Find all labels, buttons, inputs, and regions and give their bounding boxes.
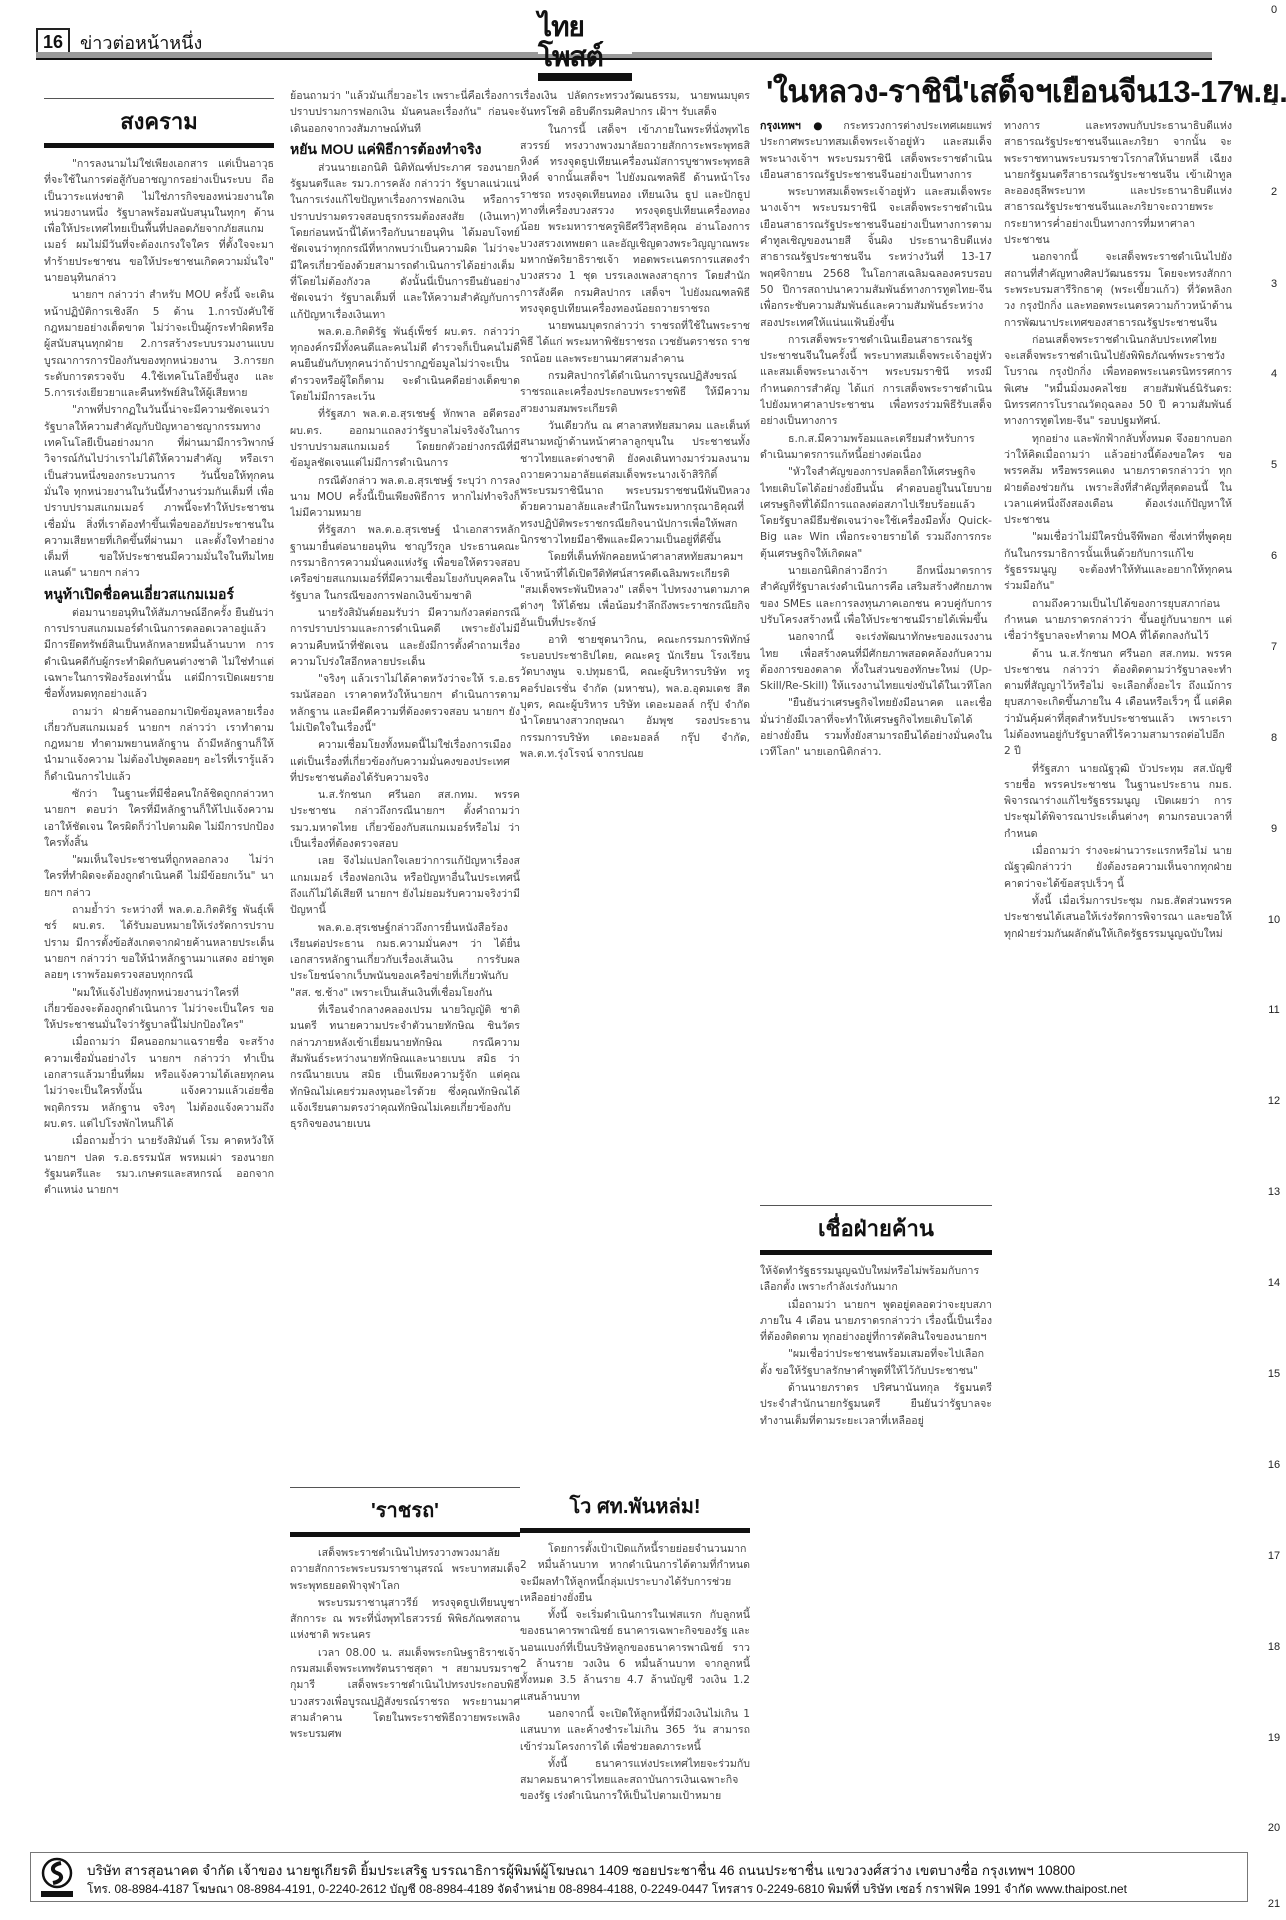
paragraph: เลย จึงไม่แปลกใจเลยว่าการแก้ปัญหาเรื่องส… — [290, 853, 520, 918]
paragraph: ความเชื่อมโยงทั้งหมดนี้ไม่ใช่เรื่องการเม… — [290, 737, 520, 786]
paragraph: "หัวใจสำคัญของการปลดล็อกให้เศรษฐกิจไทยเต… — [760, 464, 992, 562]
box-title-war: สงคราม — [44, 107, 274, 137]
paragraph: นายพนมบุตรกล่าวว่า ราชรถที่ใช้ในพระราชพิ… — [520, 318, 750, 367]
paragraph: นายเอกนิติกล่าวอีกว่า อีกหนึ่งมาตรการสำค… — [760, 563, 992, 628]
paragraph: ซักว่า ในฐานะที่มีชื่อคนใกล้ชิดถูกกล่าวห… — [44, 786, 274, 851]
paragraph: ด้าน น.ส.รักชนก ศรีนอก สส.กทม. พรรคประชา… — [1004, 646, 1232, 760]
paragraph: เสด็จพระราชดำเนินไปทรงวางพวงมาลัยถวายสัก… — [290, 1545, 520, 1594]
paragraph: ให้จัดทำรัฐธรรมนูญฉบับใหม่หรือไม่พร้อมกั… — [760, 1263, 992, 1296]
ruler-number: 0 — [1262, 4, 1286, 16]
ruler-number: 18 — [1262, 1641, 1286, 1653]
paragraph: โดยการตั้งเป้าเปิดแก้หนี้รายย่อยจำนวนมาก… — [520, 1541, 750, 1606]
rule-thick — [290, 1532, 520, 1537]
ruler-number: 7 — [1262, 641, 1286, 653]
paragraph: ธ.ก.ส.มีความพร้อมและเตรียมสำหรับการดำเนิ… — [760, 431, 992, 464]
paragraph: ที่เรือนจำกลางคลองเปรม นายวิญญัติ ชาติมน… — [290, 1002, 520, 1132]
publisher-logo-icon — [39, 1857, 75, 1899]
paragraph: "ภาพที่ปรากฏในวันนี้น่าจะมีความชัดเจนว่า… — [44, 402, 274, 581]
paragraph: ก่อนเสด็จพระราชดำเนินกลับประเทศไทย จะเสด… — [1004, 332, 1232, 430]
rule — [44, 98, 274, 99]
paragraph: กรมศิลปากรได้ดำเนินการบูรณปฏิสังขรณ์ราชร… — [520, 368, 750, 417]
ruler-number: 10 — [1262, 914, 1286, 926]
rule — [760, 1205, 992, 1206]
ruler-number: 16 — [1262, 1459, 1286, 1471]
ruler-number: 17 — [1262, 1550, 1286, 1562]
ruler-number: 8 — [1262, 732, 1286, 744]
paragraph: โดยที่เต็นท์พักคอยหน้าศาลาสหทัยสมาคมฯ เจ… — [520, 549, 750, 630]
paragraph: ที่รัฐสภา นายณัฐวุฒิ บัวประทุม สส.บัญชีร… — [1004, 761, 1232, 842]
contact-info: โทร. 08-8984-4187 โฆษณา 08-8984-4191, 0-… — [87, 1880, 1127, 1899]
paragraph: เมื่อถามว่า นายกฯ พูดอยู่ตลอดว่าจะยุบสภา… — [760, 1297, 992, 1346]
paragraph: ทางการ และทรงพบกับประธานาธิบดีแห่งสาธารณ… — [1004, 118, 1232, 248]
paragraph: "ผมเห็นใจประชาชนที่ถูกหลอกลวง ไม่ว่าใครท… — [44, 852, 274, 901]
subheading: หนูท้าเปิดชื่อคนเอี่ยวสแกมเมอร์ — [44, 584, 274, 604]
paragraph: เมื่อถามว่า ร่างจะผ่านวาระแรกหรือไม่ นาย… — [1004, 843, 1232, 892]
paragraph: อาทิ ชายชุดนาวิกน, คณะกรรมการพิทักษ์ระบอ… — [520, 632, 750, 762]
ruler-number: 12 — [1262, 1095, 1286, 1107]
column-3: เรื่องเงิน ปลัดกระทรวงวัฒนธรรม, นายพนมบุ… — [520, 88, 750, 1480]
ruler-number: 13 — [1262, 1186, 1286, 1198]
paragraph: "ผมให้แจ้งไปยังทุกหน่วยงานว่าใครที่เกี่ย… — [44, 985, 274, 1034]
thaipost-logo: ไทยโพสต์ — [538, 12, 632, 54]
ruler-number: 3 — [1262, 278, 1286, 290]
paragraph: พระบรมราชานุสาวรีย์ ทรงจุดธูปเทียนบูชาสั… — [290, 1595, 520, 1644]
ruler-number: 2 — [1262, 186, 1286, 198]
paragraph: นอกจากนี้ จะเร่งพัฒนาทักษะของแรงงานไทย เ… — [760, 629, 992, 694]
rule-thick — [44, 143, 274, 148]
rule-thick — [520, 1528, 750, 1533]
paragraph: ต่อมานายอนุทินให้สัมภาษณ์อีกครั้ง ยืนยัน… — [44, 605, 274, 703]
logo-underbar — [538, 73, 632, 81]
box-title-rajarot: 'ราชรถ' — [290, 1496, 520, 1526]
paragraph: ทุกอย่าง และพักฟ้ากลับทั้งหมด จึงอยากบอก… — [1004, 431, 1232, 529]
ruler-number: 15 — [1262, 1368, 1286, 1380]
paragraph: ทั้งนี้ ธนาคารแห่งประเทศไทยจะร่วมกับสมาค… — [520, 1756, 750, 1805]
paragraph: พล.ต.อ.สุรเชษฐ์กล่าวถึงการยื่นหนังสือร้อ… — [290, 920, 520, 1001]
ruler-number: 4 — [1262, 368, 1286, 380]
ruler-number: 11 — [1262, 1004, 1286, 1016]
paragraph: ถามว่า ฝ่ายค้านออกมาเปิดข้อมูลหลายเรื่อง… — [44, 704, 274, 785]
paragraph: "ยืนยันว่าเศรษฐกิจไทยยังมีอนาคต และเชื่อ… — [760, 695, 992, 760]
paragraph: เมื่อถามย้ำว่า นายรังสิมันต์ โรม คาดหวัง… — [44, 1133, 274, 1198]
paragraph: นอกจากนี้ จะเปิดให้ลูกหนี้ที่มีวงเงินไม่… — [520, 1706, 750, 1755]
paragraph: นอกจากนี้ จะเสด็จพระราชดำเนินไปยังสถานที… — [1004, 249, 1232, 330]
main-headline: 'ในหลวง-ราชินี'เสด็จฯเยือนจีน13-17พ.ย. — [766, 66, 1246, 116]
paragraph: "ผมเชื่อว่าไม่มีใครปั่นจีพีพอก ซึ่งเท่าท… — [1004, 529, 1232, 594]
paragraph: เรื่องเงิน ปลัดกระทรวงวัฒนธรรม, นายพนมบุ… — [520, 88, 750, 121]
paragraph: กรุงเทพฯ ● กระทรวงการต่างประเทศเผยแพร่ปร… — [760, 118, 992, 183]
paragraph: ที่รัฐสภา พล.ต.อ.สุรเชษฐ์ หักพาล อดีตรอง… — [290, 406, 520, 471]
publisher-info: บริษัท สารสุอนาคต จำกัด เจ้าของ นายชูเกี… — [87, 1859, 1075, 1881]
paragraph: นายรังสิมันต์ยอมรับว่า มีความกังวลต่อกรณ… — [290, 605, 520, 670]
box-title-tosor: โว ศท.พันหล่ม! — [520, 1492, 750, 1522]
paragraph: ทั้งนี้ จะเริ่มดำเนินการในเฟสแรก กับลูกห… — [520, 1607, 750, 1705]
paragraph: ในการนี้ เสด็จฯ เข้าภายในพระที่นั่งพุทไธ… — [520, 122, 750, 318]
paragraph: ทั้งนี้ เมื่อเริ่มการประชุม กมธ.สัดส่วนพ… — [1004, 893, 1232, 942]
paragraph: เมื่อถามว่า มีคนออกมาแฉรายชื่อ จะสร้างคว… — [44, 1034, 274, 1132]
ruler-number: 20 — [1262, 1822, 1286, 1834]
page-number: 16 — [36, 28, 70, 54]
newspaper-page: 16 ข่าวต่อหน้าหนึ่ง ไทยโพสต์ 0 1 2 3 4 5… — [0, 0, 1286, 1920]
paragraph: นายกฯ กล่าวว่า สำหรับ MOU ครั้งนี้ จะเดิ… — [44, 287, 274, 401]
ruler-number: 21 — [1262, 1898, 1286, 1910]
column-1: สงคราม "การลงนามไม่ใช่เพียงเอกสาร แต่เป็… — [44, 98, 274, 1838]
column-5: ทางการ และทรงพบกับประธานาธิบดีแห่งสาธารณ… — [1004, 118, 1232, 1838]
paragraph: "ผมเชื่อว่าประชาชนพร้อมเสมอที่จะไปเลือกต… — [760, 1346, 992, 1379]
ruler-number: 6 — [1262, 550, 1286, 562]
paragraph: การเสด็จพระราชดำเนินเยือนสาธารณรัฐประชาช… — [760, 332, 992, 430]
publisher-footer: บริษัท สารสุอนาคต จำกัด เจ้าของ นายชูเกี… — [30, 1852, 1248, 1902]
paragraph: ย้อนถามว่า "แล้วมันเกี่ยวอะไร เพราะนี่คื… — [290, 88, 520, 137]
opposition-box: เชื่อฝ่ายค้าน ให้จัดทำรัฐธรรมนูญฉบับใหม่… — [760, 1205, 992, 1835]
paragraph: ถามถึงความเป็นไปได้ของการยุบสภาก่อนกำหนด… — [1004, 596, 1232, 645]
paragraph: พล.ต.อ.กิตติรัฐ พันธุ์เพ็ชร์ ผบ.ตร. กล่า… — [290, 324, 520, 405]
paragraph: "จริงๆ แล้วเราไม่ได้คาดหวังว่าจะให้ ร.อ.… — [290, 671, 520, 736]
paragraph: น.ส.รักชนก ศรีนอก สส.กทม. พรรคประชาชน กล… — [290, 787, 520, 852]
paragraph: ถามย้ำว่า ระหว่างที่ พล.ต.อ.กิตติรัฐ พัน… — [44, 902, 274, 983]
paragraph: กรณีดังกล่าว พล.ต.อ.สุรเชษฐ์ ระบุว่า การ… — [290, 473, 520, 522]
margin-ruler: 0 1 2 3 4 5 6 7 8 9 10 11 12 13 14 15 16… — [1262, 0, 1286, 1920]
paragraph: ที่รัฐสภา พล.ต.อ.สุรเชษฐ์ นำเอกสารหลักฐา… — [290, 522, 520, 603]
paragraph: ด้านนายภราดร ปริศนานันทกุล รัฐมนตรีประจำ… — [760, 1380, 992, 1429]
ruler-number: 9 — [1262, 823, 1286, 835]
rule — [290, 1487, 520, 1488]
ruler-number: 14 — [1262, 1277, 1286, 1289]
rajarot-box: 'ราชรถ' เสด็จพระราชดำเนินไปทรงวางพวงมาลั… — [290, 1487, 520, 1837]
rule-thick — [760, 1250, 992, 1255]
column-2: ย้อนถามว่า "แล้วมันเกี่ยวอะไร เพราะนี่คื… — [290, 88, 520, 1483]
tosor-box: โว ศท.พันหล่ม! โดยการตั้งเป้าเปิดแก้หนี้… — [520, 1492, 750, 1837]
dateline: กรุงเทพฯ ● — [760, 120, 831, 132]
ruler-number: 19 — [1262, 1732, 1286, 1744]
subheading: หยัน MOU แค่พิธีการต้องทำจริง — [290, 139, 520, 159]
ruler-number: 5 — [1262, 459, 1286, 471]
paragraph: วันเดียวกัน ณ ศาลาสหทัยสมาคม และเต็นท์สน… — [520, 418, 750, 548]
box-title-opposition: เชื่อฝ่ายค้าน — [760, 1214, 992, 1244]
paragraph: เวลา 08.00 น. สมเด็จพระกนิษฐาธิราชเจ้า ก… — [290, 1645, 520, 1743]
paragraph: "การลงนามไม่ใช่เพียงเอกสาร แต่เป็นอาวุธท… — [44, 156, 274, 286]
column-4: กรุงเทพฯ ● กระทรวงการต่างประเทศเผยแพร่ปร… — [760, 118, 992, 1200]
paragraph: ส่วนนายเอกนิติ นิติทัณฑ์ประภาศ รองนายกรั… — [290, 160, 520, 323]
paragraph: พระบาทสมเด็จพระเจ้าอยู่หัว และสมเด็จพระน… — [760, 184, 992, 331]
